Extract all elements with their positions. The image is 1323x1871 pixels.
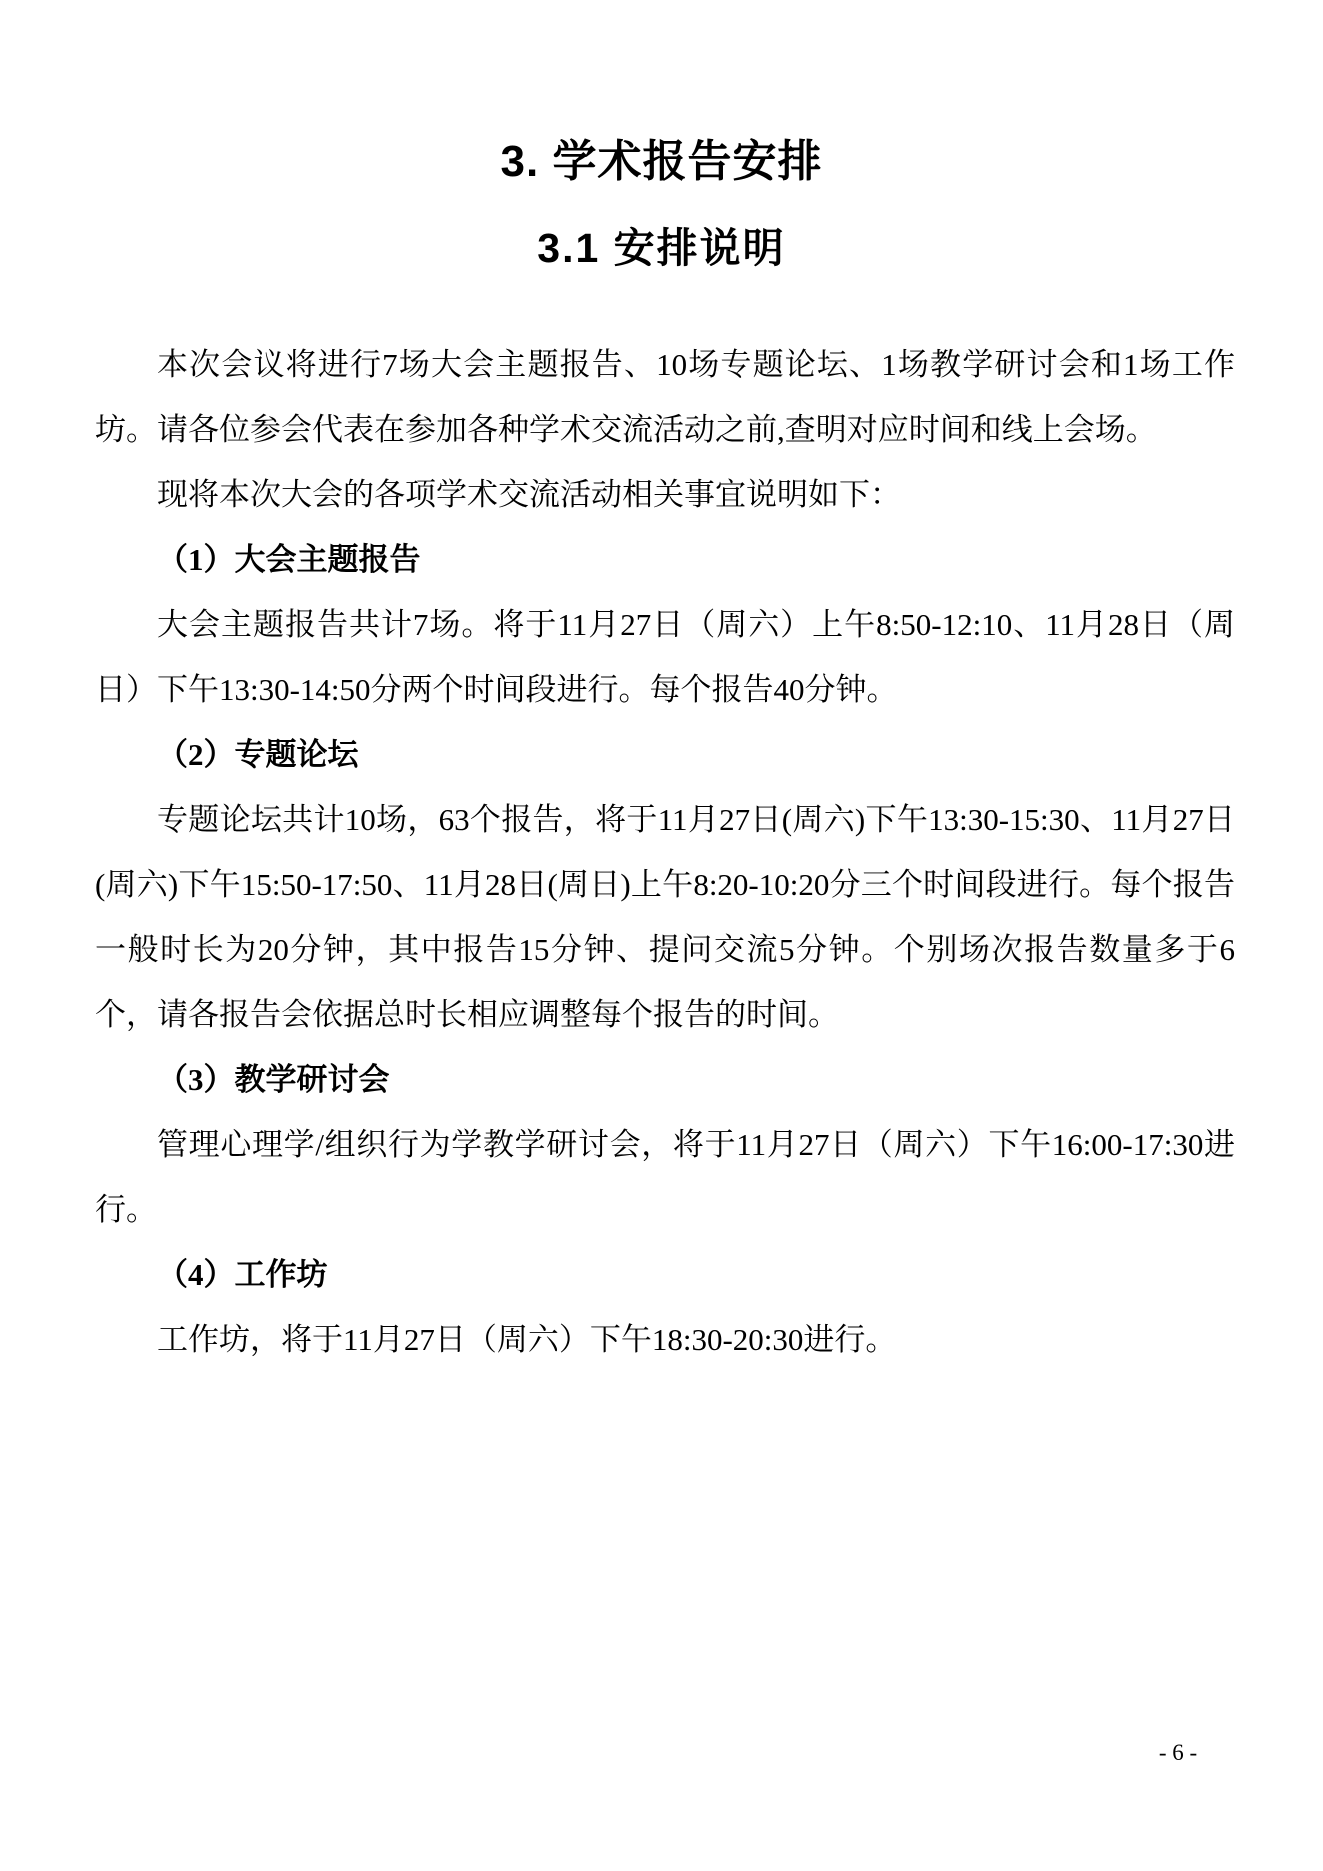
section-heading: （1）大会主题报告 <box>95 527 1235 592</box>
section-heading: （2）专题论坛 <box>95 722 1235 787</box>
section-title: 3.1 安排说明 <box>0 220 1323 276</box>
body-paragraph: 大会主题报告共计7场。将于11月27日（周六）上午8:50-12:10、11月2… <box>95 592 1235 722</box>
body-paragraph: 现将本次大会的各项学术交流活动相关事宜说明如下： <box>95 462 1235 527</box>
document-page: 3. 学术报告安排 3.1 安排说明 本次会议将进行7场大会主题报告、10场专题… <box>0 0 1323 1871</box>
section-heading: （4）工作坊 <box>95 1242 1235 1307</box>
body-paragraph: 专题论坛共计10场，63个报告，将于11月27日(周六)下午13:30-15:3… <box>95 787 1235 1047</box>
document-body: 本次会议将进行7场大会主题报告、10场专题论坛、1场教学研讨会和1场工作坊。请各… <box>0 332 1323 1372</box>
chapter-title: 3. 学术报告安排 <box>0 0 1323 188</box>
body-paragraph: 工作坊，将于11月27日（周六）下午18:30-20:30进行。 <box>95 1307 1235 1372</box>
body-paragraph: 本次会议将进行7场大会主题报告、10场专题论坛、1场教学研讨会和1场工作坊。请各… <box>95 332 1235 462</box>
page-number: - 6 - <box>1118 1738 1238 1768</box>
section-heading: （3）教学研讨会 <box>95 1047 1235 1112</box>
body-paragraph: 管理心理学/组织行为学教学研讨会，将于11月27日（周六）下午16:00-17:… <box>95 1112 1235 1242</box>
